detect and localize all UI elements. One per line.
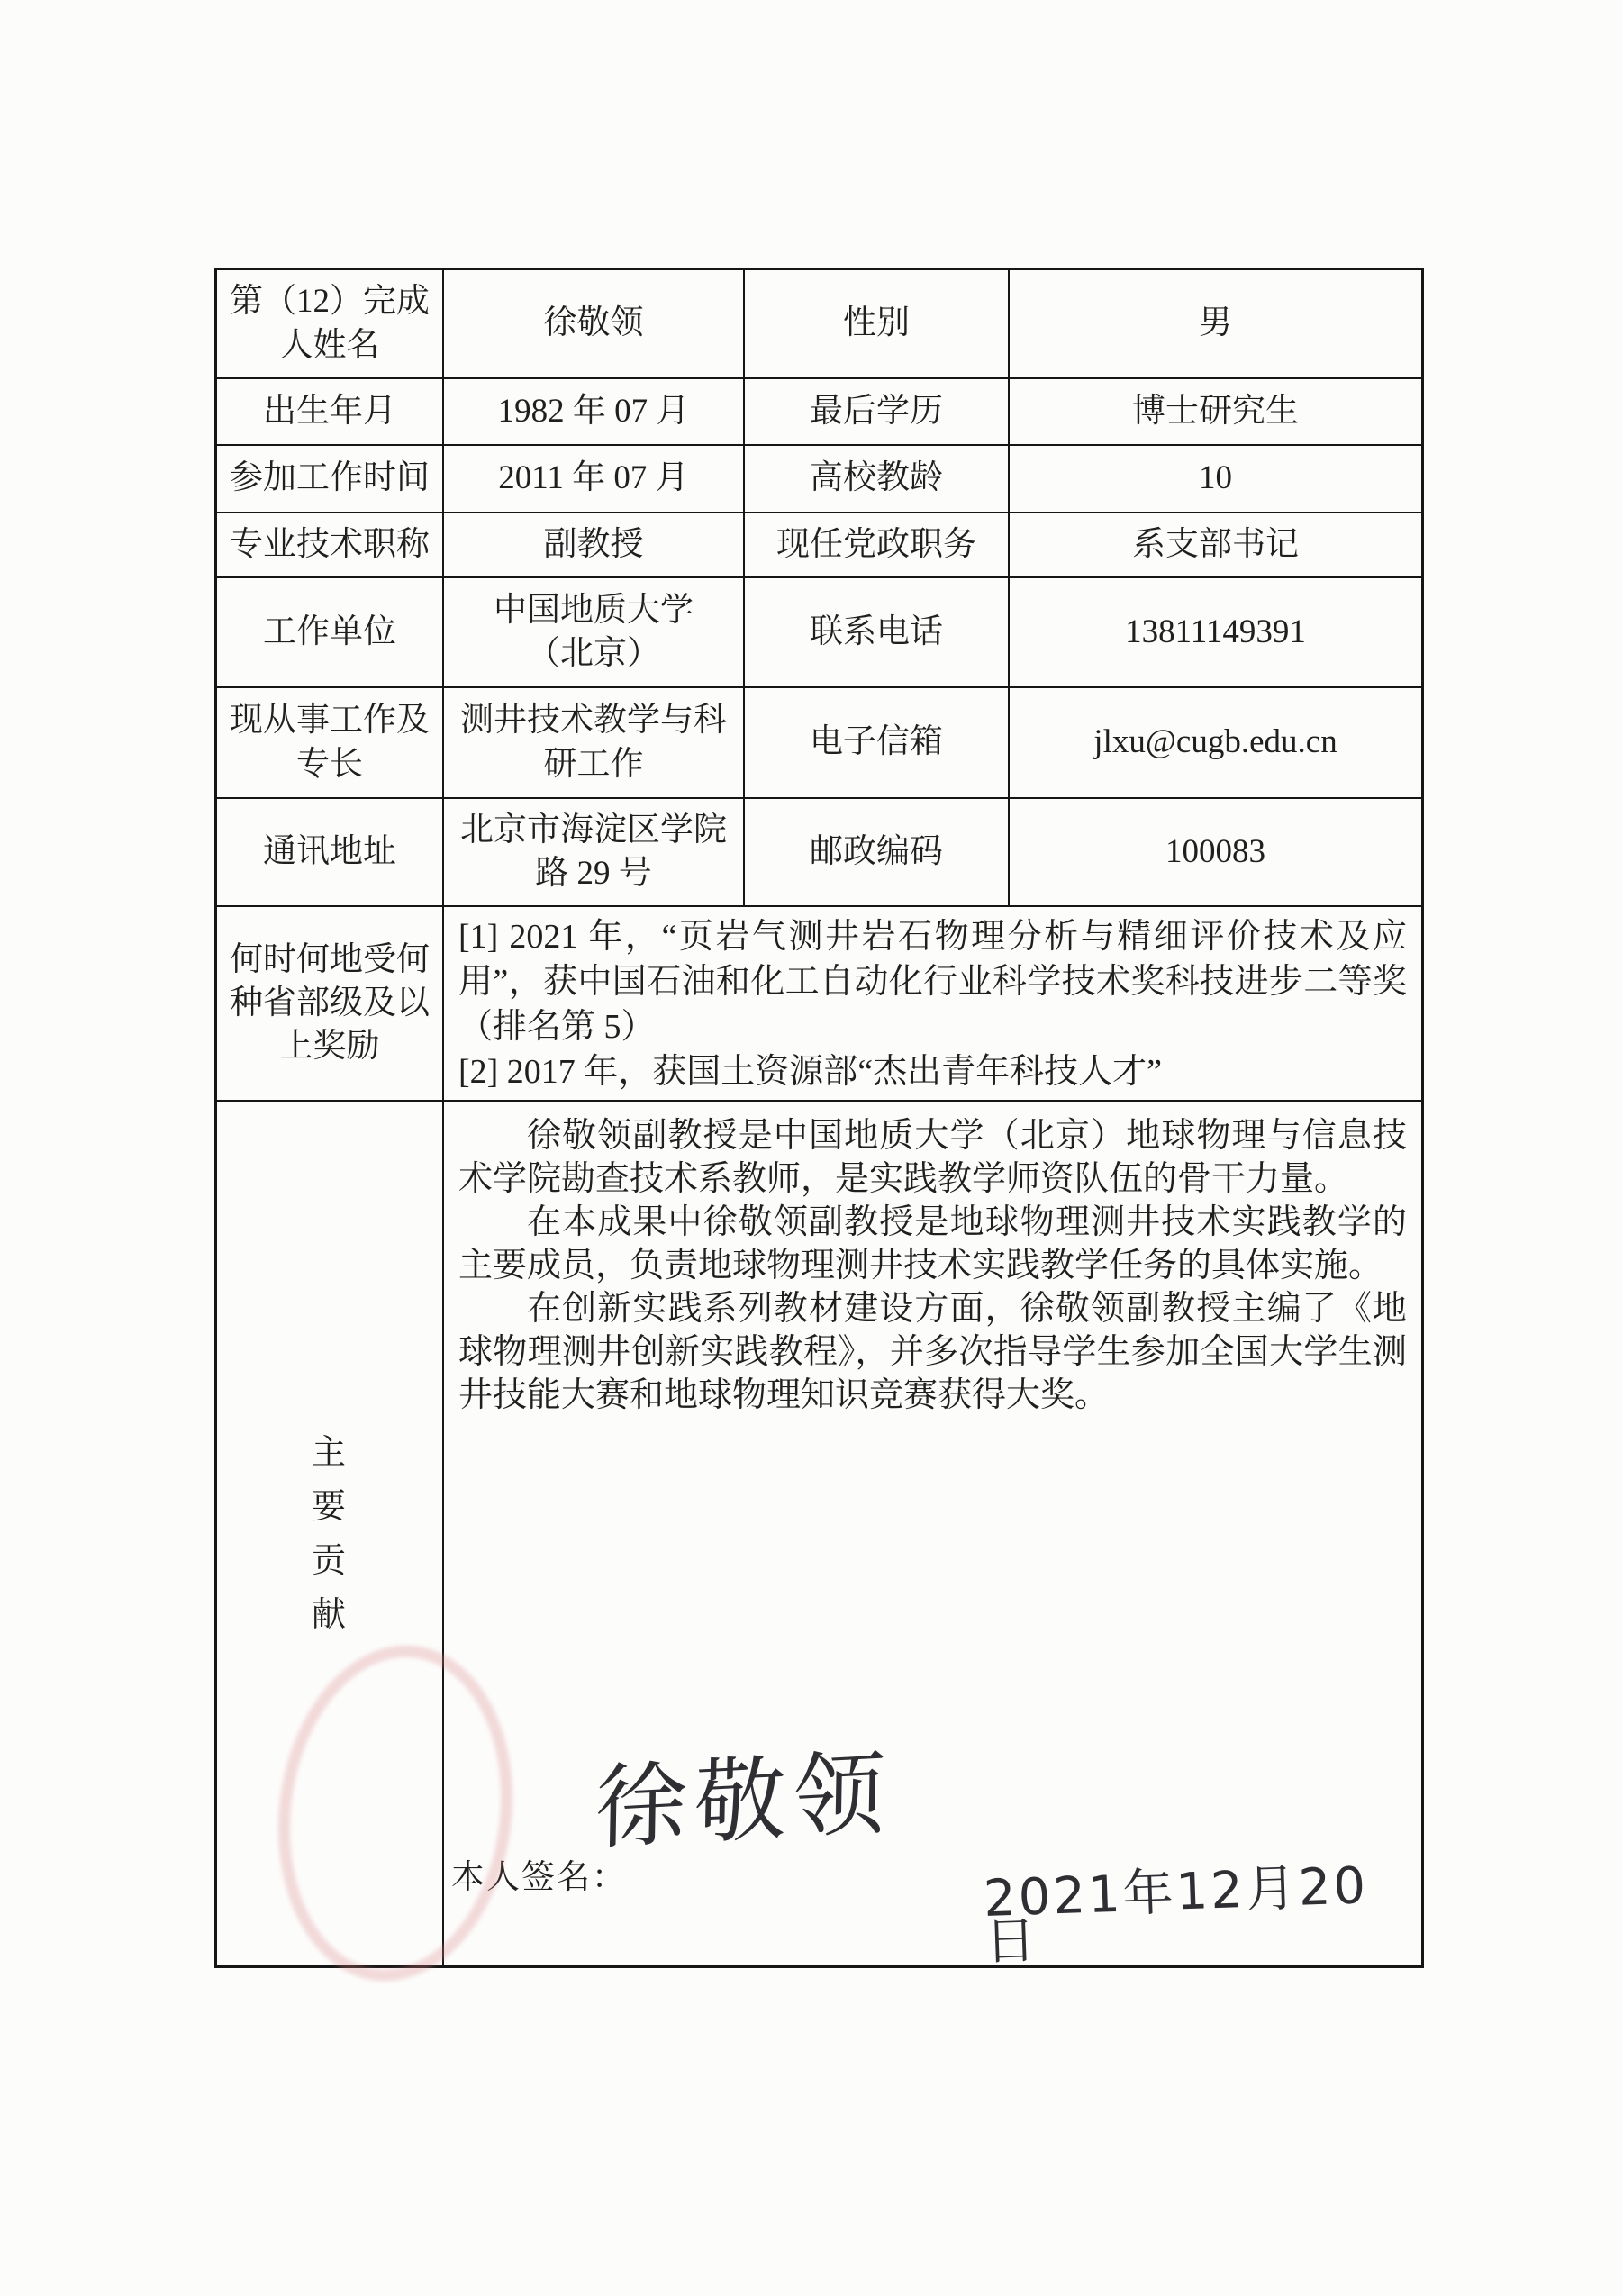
field-value-email: jlxu@cugb.edu.cn — [1010, 688, 1421, 797]
field-value-professional-title: 副教授 — [444, 513, 745, 576]
field-value-employer: 中国地质大学 （北京） — [444, 578, 745, 686]
signature-label: 本人签名： — [451, 1856, 627, 1900]
field-value-teaching-years: 10 — [1010, 446, 1421, 512]
field-value-postal-code: 100083 — [1010, 799, 1421, 905]
award-item: [2] 2017 年，获国土资源部“杰出青年科技人才” — [458, 1049, 1407, 1094]
field-label-last-degree: 最后学历 — [745, 379, 1010, 444]
field-label-birth-date: 出生年月 — [217, 379, 444, 444]
field-value-phone: 13811149391 — [1010, 578, 1421, 686]
table-row: 主 要 贡 献 徐敬领副教授是中国地质大学（北京）地球物理与信息技术学院勘查技术… — [217, 1102, 1421, 1965]
field-value-awards: [1] 2021 年，“页岩气测井岩石物理分析与精细评价技术及应用”，获中国石油… — [444, 907, 1421, 1100]
scanned-form-page: 第（12）完成 人姓名 徐敬领 性别 男 出生年月 1982 年 07 月 最后… — [0, 0, 1623, 2296]
field-label-mailing-address: 通讯地址 — [217, 799, 444, 905]
field-label-phone: 联系电话 — [745, 578, 1010, 686]
table-row: 通讯地址 北京市海淀区学院 路 29 号 邮政编码 100083 — [217, 799, 1421, 907]
field-label-party-position: 现任党政职务 — [745, 513, 1010, 576]
field-value-party-position: 系支部书记 — [1010, 513, 1421, 576]
field-label-awards: 何时何地受何 种省部级及以 上奖励 — [217, 907, 444, 1100]
field-label-professional-title: 专业技术职称 — [217, 513, 444, 576]
field-label-postal-code: 邮政编码 — [745, 799, 1010, 905]
contribution-paragraph: 在本成果中徐敬领副教授是地球物理测井技术实践教学的主要成员，负责地球物理测井技术… — [458, 1201, 1407, 1287]
completer-info-table: 第（12）完成 人姓名 徐敬领 性别 男 出生年月 1982 年 07 月 最后… — [214, 268, 1424, 1968]
contribution-paragraph: 在创新实践系列教材建设方面，徐敬领副教授主编了《地球物理测井创新实践教程》，并多… — [458, 1287, 1407, 1417]
handwritten-date: 2021年12月20日 — [983, 1863, 1422, 1965]
field-label-completer-name: 第（12）完成 人姓名 — [217, 270, 444, 377]
table-row: 参加工作时间 2011 年 07 月 高校教龄 10 — [217, 446, 1421, 513]
field-value-completer-name: 徐敬领 — [444, 270, 745, 377]
field-label-gender: 性别 — [745, 270, 1010, 377]
award-item: [1] 2021 年，“页岩气测井岩石物理分析与精细评价技术及应用”，获中国石油… — [458, 914, 1407, 1049]
handwritten-signature: 徐敬领 — [595, 1773, 893, 1831]
table-row: 现从事工作及 专长 测井技术教学与科 研工作 电子信箱 jlxu@cugb.ed… — [217, 688, 1421, 799]
field-label-work-start: 参加工作时间 — [217, 446, 444, 512]
field-label-current-work: 现从事工作及 专长 — [217, 688, 444, 797]
table-row: 专业技术职称 副教授 现任党政职务 系支部书记 — [217, 513, 1421, 578]
field-value-current-work: 测井技术教学与科 研工作 — [444, 688, 745, 797]
contribution-paragraph: 徐敬领副教授是中国地质大学（北京）地球物理与信息技术学院勘查技术系教师，是实践教… — [458, 1114, 1407, 1201]
field-label-employer: 工作单位 — [217, 578, 444, 686]
field-value-birth-date: 1982 年 07 月 — [444, 379, 745, 444]
field-value-mailing-address: 北京市海淀区学院 路 29 号 — [444, 799, 745, 905]
field-value-last-degree: 博士研究生 — [1010, 379, 1421, 444]
field-label-teaching-years: 高校教龄 — [745, 446, 1010, 512]
field-value-main-contribution: 徐敬领副教授是中国地质大学（北京）地球物理与信息技术学院勘查技术系教师，是实践教… — [444, 1102, 1421, 1965]
table-row: 工作单位 中国地质大学 （北京） 联系电话 13811149391 — [217, 578, 1421, 688]
table-row: 第（12）完成 人姓名 徐敬领 性别 男 — [217, 270, 1421, 379]
table-row: 何时何地受何 种省部级及以 上奖励 [1] 2021 年，“页岩气测井岩石物理分… — [217, 907, 1421, 1102]
field-label-email: 电子信箱 — [745, 688, 1010, 797]
field-label-main-contribution: 主 要 贡 献 — [217, 1102, 444, 1965]
table-row: 出生年月 1982 年 07 月 最后学历 博士研究生 — [217, 379, 1421, 446]
field-value-work-start: 2011 年 07 月 — [444, 446, 745, 512]
field-value-gender: 男 — [1010, 270, 1421, 377]
